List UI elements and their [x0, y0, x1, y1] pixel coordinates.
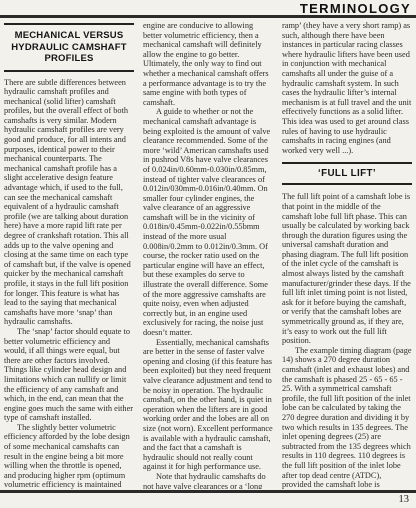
- paragraph: engine are conducive to allowing better …: [143, 21, 273, 107]
- paragraph: The example timing diagram (page 14) sho…: [282, 346, 412, 489]
- footer-rule: [0, 490, 416, 493]
- paragraph: ramp’ (they have a very short ramp) as s…: [282, 21, 412, 155]
- text-column-3: ramp’ (they have a very short ramp) as s…: [282, 21, 412, 489]
- paragraph: The full lift point of a camshaft lobe i…: [282, 192, 412, 346]
- page-title: TERMINOLOGY: [300, 1, 411, 16]
- paragraph: The ‘snap’ factor should equate to bette…: [4, 327, 134, 423]
- paragraph: There are subtle differences between hyd…: [4, 78, 134, 327]
- text-column-1: MECHANICAL VERSUS HYDRAULIC CAMSHAFT PRO…: [4, 21, 134, 489]
- paragraph: A guide to whether or not the mechanical…: [143, 107, 273, 337]
- page-number: 13: [399, 494, 410, 505]
- paragraph: Essentially, mechanical camshafts are be…: [143, 338, 273, 472]
- section-heading-full-lift: ‘FULL LIFT’: [282, 162, 412, 185]
- page-content: MECHANICAL VERSUS HYDRAULIC CAMSHAFT PRO…: [4, 21, 412, 489]
- section-heading-mechanical-vs-hydraulic: MECHANICAL VERSUS HYDRAULIC CAMSHAFT PRO…: [4, 23, 134, 72]
- paragraph: The slightly better volumetric efficienc…: [4, 423, 134, 489]
- paragraph: Note that hydraulic camshafts do not hav…: [143, 472, 273, 489]
- text-column-2: engine are conducive to allowing better …: [143, 21, 273, 489]
- header-rule: [0, 15, 416, 18]
